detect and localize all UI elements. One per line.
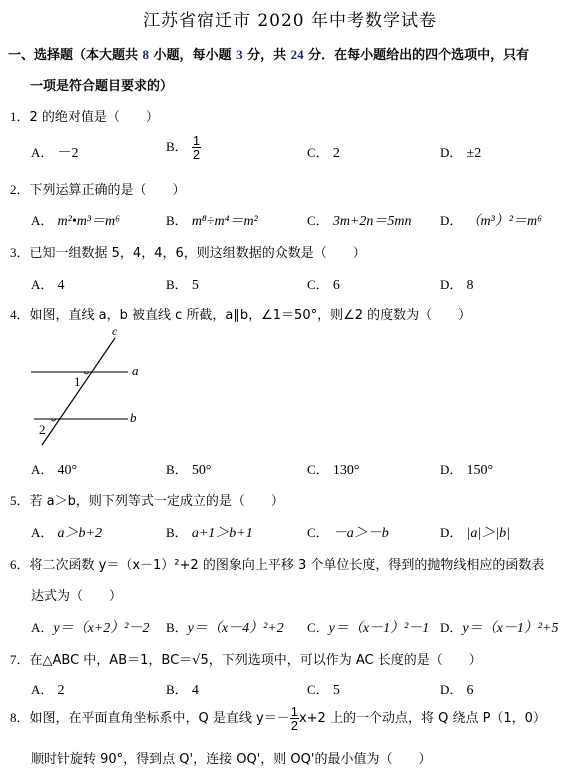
option-text: 8 — [467, 278, 474, 293]
denominator: 2 — [290, 719, 299, 732]
option-label: C． — [307, 462, 329, 477]
option-label: C． — [307, 620, 329, 635]
option-a[interactable]: A． 4 — [31, 274, 65, 294]
label-b: b — [130, 410, 137, 426]
section-heading: 一、选择题（本大题共 8 小题，每小题 3 分，共 24 分．在每小题给出的四个… — [8, 44, 529, 63]
option-text: y＝（x－4）²+2 — [188, 621, 284, 636]
option-d[interactable]: D． ±2 — [440, 142, 481, 162]
option-label: D． — [440, 620, 462, 635]
option-label: D． — [440, 525, 462, 540]
option-text: 4 — [58, 278, 65, 293]
option-b[interactable]: B． 12 — [166, 134, 201, 161]
question-stem: 若 a＞b，则下列等式一定成立的是（ ） — [30, 494, 284, 509]
option-text: 50° — [192, 463, 212, 478]
option-label: D． — [440, 213, 462, 228]
question-stem: x+2 上的一个动点，将 Q 绕点 P（1，0） — [299, 711, 546, 726]
numerator: 1 — [192, 134, 201, 148]
option-text: y＝（x+2）²－2 — [53, 621, 149, 636]
option-label: B． — [166, 682, 188, 697]
question-1: 1．2 的绝对值是（ ） — [10, 106, 159, 125]
section-text: 分，共 — [243, 48, 291, 63]
option-d[interactable]: D． 6 — [440, 679, 474, 699]
question-stem: 2 的绝对值是（ ） — [30, 110, 159, 125]
option-label: D． — [440, 145, 462, 160]
option-c[interactable]: C． －a＞－b — [307, 522, 389, 542]
numerator: 1 — [290, 705, 299, 719]
option-text: y＝（x－1）²－1 — [329, 621, 430, 636]
option-text: |a|＞|b| — [467, 526, 510, 541]
option-a[interactable]: A．y＝（x+2）²－2 — [31, 617, 149, 637]
option-label: C． — [307, 277, 329, 292]
section-heading-line2: 一项是符合题目要求的） — [30, 75, 173, 94]
total-points: 24 — [291, 47, 304, 62]
question-number: 6． — [10, 557, 30, 572]
option-a[interactable]: A． a＞b+2 — [31, 522, 102, 542]
question-number: 7． — [10, 652, 30, 667]
question-number: 1． — [10, 109, 30, 124]
option-text: 150° — [467, 463, 494, 478]
option-text: 40° — [58, 463, 78, 478]
option-text: 2 — [58, 683, 65, 698]
question-3: 3．已知一组数据 5，4，4，6，则这组数据的众数是（ ） — [10, 242, 366, 261]
option-label: D． — [440, 462, 462, 477]
option-b[interactable]: B． 50° — [166, 459, 211, 479]
option-text: （m³）²＝m⁶ — [467, 214, 542, 229]
option-label: A． — [31, 277, 53, 292]
question-number: 5． — [10, 493, 30, 508]
question-stem: 已知一组数据 5，4，4，6，则这组数据的众数是（ ） — [30, 246, 366, 261]
label-a: a — [132, 363, 139, 379]
question-7: 7．在△ABC 中，AB＝1，BC＝√5，下列选项中，可以作为 AC 长度的是（… — [10, 649, 482, 668]
denominator: 2 — [192, 148, 201, 161]
question-number: 3． — [10, 245, 30, 260]
option-a[interactable]: A． 2 — [31, 679, 65, 699]
option-text: 5 — [192, 278, 199, 293]
option-c[interactable]: C． 2 — [307, 142, 340, 162]
option-text: 6 — [333, 278, 340, 293]
page-title: 江苏省宿迁市 2020 年中考数学试卷 — [0, 6, 580, 31]
option-label: C． — [307, 213, 329, 228]
option-c[interactable]: C． 5 — [307, 679, 340, 699]
option-label: C． — [307, 682, 329, 697]
option-label: A． — [31, 145, 53, 160]
question-8: 8．如图，在平面直角坐标系中，Q 是直线 y＝－12x+2 上的一个动点，将 Q… — [10, 705, 546, 732]
option-b[interactable]: B． m⁸÷m⁴＝m² — [166, 210, 258, 230]
option-b[interactable]: B． 5 — [166, 274, 199, 294]
option-c[interactable]: C．y＝（x－1）²－1 — [307, 617, 429, 637]
question-number: 2． — [10, 182, 30, 197]
label-angle-2: 2 — [39, 422, 46, 438]
question-number: 8． — [10, 710, 30, 725]
option-c[interactable]: C． 3m+2n＝5mn — [307, 210, 411, 230]
option-label: B． — [166, 525, 188, 540]
option-text: ±2 — [467, 146, 482, 161]
option-d[interactable]: D． 8 — [440, 274, 474, 294]
option-text: y＝（x－1）²+5 — [462, 621, 558, 636]
question-8-line2: 顺时针旋转 90°，得到点 Q'，连接 OQ'，则 OQ'的最小值为（ ） — [31, 748, 431, 767]
label-c: c — [112, 324, 117, 339]
question-6-line2: 达式为（ ） — [31, 585, 122, 604]
option-text: 2 — [333, 146, 340, 161]
option-d[interactable]: D． |a|＞|b| — [440, 522, 510, 542]
option-d[interactable]: D． （m³）²＝m⁶ — [440, 210, 542, 230]
option-text: a＞b+2 — [58, 526, 102, 541]
option-text: －2 — [58, 146, 79, 161]
option-b[interactable]: B．y＝（x－4）²+2 — [166, 617, 284, 637]
option-text: m²•m³＝m⁶ — [58, 214, 121, 229]
option-label: D． — [440, 277, 462, 292]
question-stem: 如图，在平面直角坐标系中，Q 是直线 y＝－ — [30, 711, 290, 726]
option-label: B． — [166, 277, 188, 292]
option-text: 130° — [333, 463, 360, 478]
section-text: 小题，每小题 — [149, 48, 236, 63]
option-c[interactable]: C． 6 — [307, 274, 340, 294]
option-a[interactable]: A． m²•m³＝m⁶ — [31, 210, 120, 230]
option-text: m⁸÷m⁴＝m² — [192, 214, 258, 229]
option-label: A． — [31, 620, 53, 635]
question-6: 6．将二次函数 y＝（x－1）²+2 的图象向上平移 3 个单位长度，得到的抛物… — [10, 554, 544, 573]
option-label: C． — [307, 525, 329, 540]
option-label: A． — [31, 462, 53, 477]
option-text: a+1＞b+1 — [192, 526, 253, 541]
section-prefix: 一、选择题（本大题共 — [8, 48, 143, 63]
line-c — [42, 338, 115, 445]
option-label: D． — [440, 682, 462, 697]
option-a[interactable]: A． －2 — [31, 142, 79, 162]
option-text: 4 — [192, 683, 199, 698]
option-text: 5 — [333, 683, 340, 698]
option-label: C． — [307, 145, 329, 160]
option-b[interactable]: B． a+1＞b+1 — [166, 522, 253, 542]
option-text: －a＞－b — [333, 526, 389, 541]
option-label: A． — [31, 525, 53, 540]
section-text: 分．在每小题给出的四个选项中，只有 — [304, 48, 530, 63]
question-stem: 在△ABC 中，AB＝1，BC＝√5，下列选项中，可以作为 AC 长度的是（ ） — [30, 653, 482, 668]
label-angle-1: 1 — [74, 374, 81, 390]
option-label: A． — [31, 682, 53, 697]
fraction: 12 — [290, 705, 299, 732]
option-b[interactable]: B． 4 — [166, 679, 199, 699]
question-2: 2．下列运算正确的是（ ） — [10, 179, 186, 198]
question-stem: 将二次函数 y＝（x－1）²+2 的图象向上平移 3 个单位长度，得到的抛物线相… — [30, 558, 545, 573]
option-label: B． — [166, 620, 188, 635]
option-d[interactable]: D． 150° — [440, 459, 493, 479]
option-c[interactable]: C． 130° — [307, 459, 359, 479]
fraction: 12 — [192, 134, 201, 161]
option-label: B． — [166, 462, 188, 477]
option-label: A． — [31, 213, 53, 228]
question-stem: 下列运算正确的是（ ） — [30, 183, 186, 198]
option-a[interactable]: A． 40° — [31, 459, 77, 479]
question-5: 5．若 a＞b，则下列等式一定成立的是（ ） — [10, 490, 284, 509]
option-d[interactable]: D．y＝（x－1）²+5 — [440, 617, 558, 637]
option-text: 6 — [467, 683, 474, 698]
option-label: B． — [166, 139, 188, 154]
option-text: 3m+2n＝5mn — [333, 214, 412, 229]
option-label: B． — [166, 213, 188, 228]
